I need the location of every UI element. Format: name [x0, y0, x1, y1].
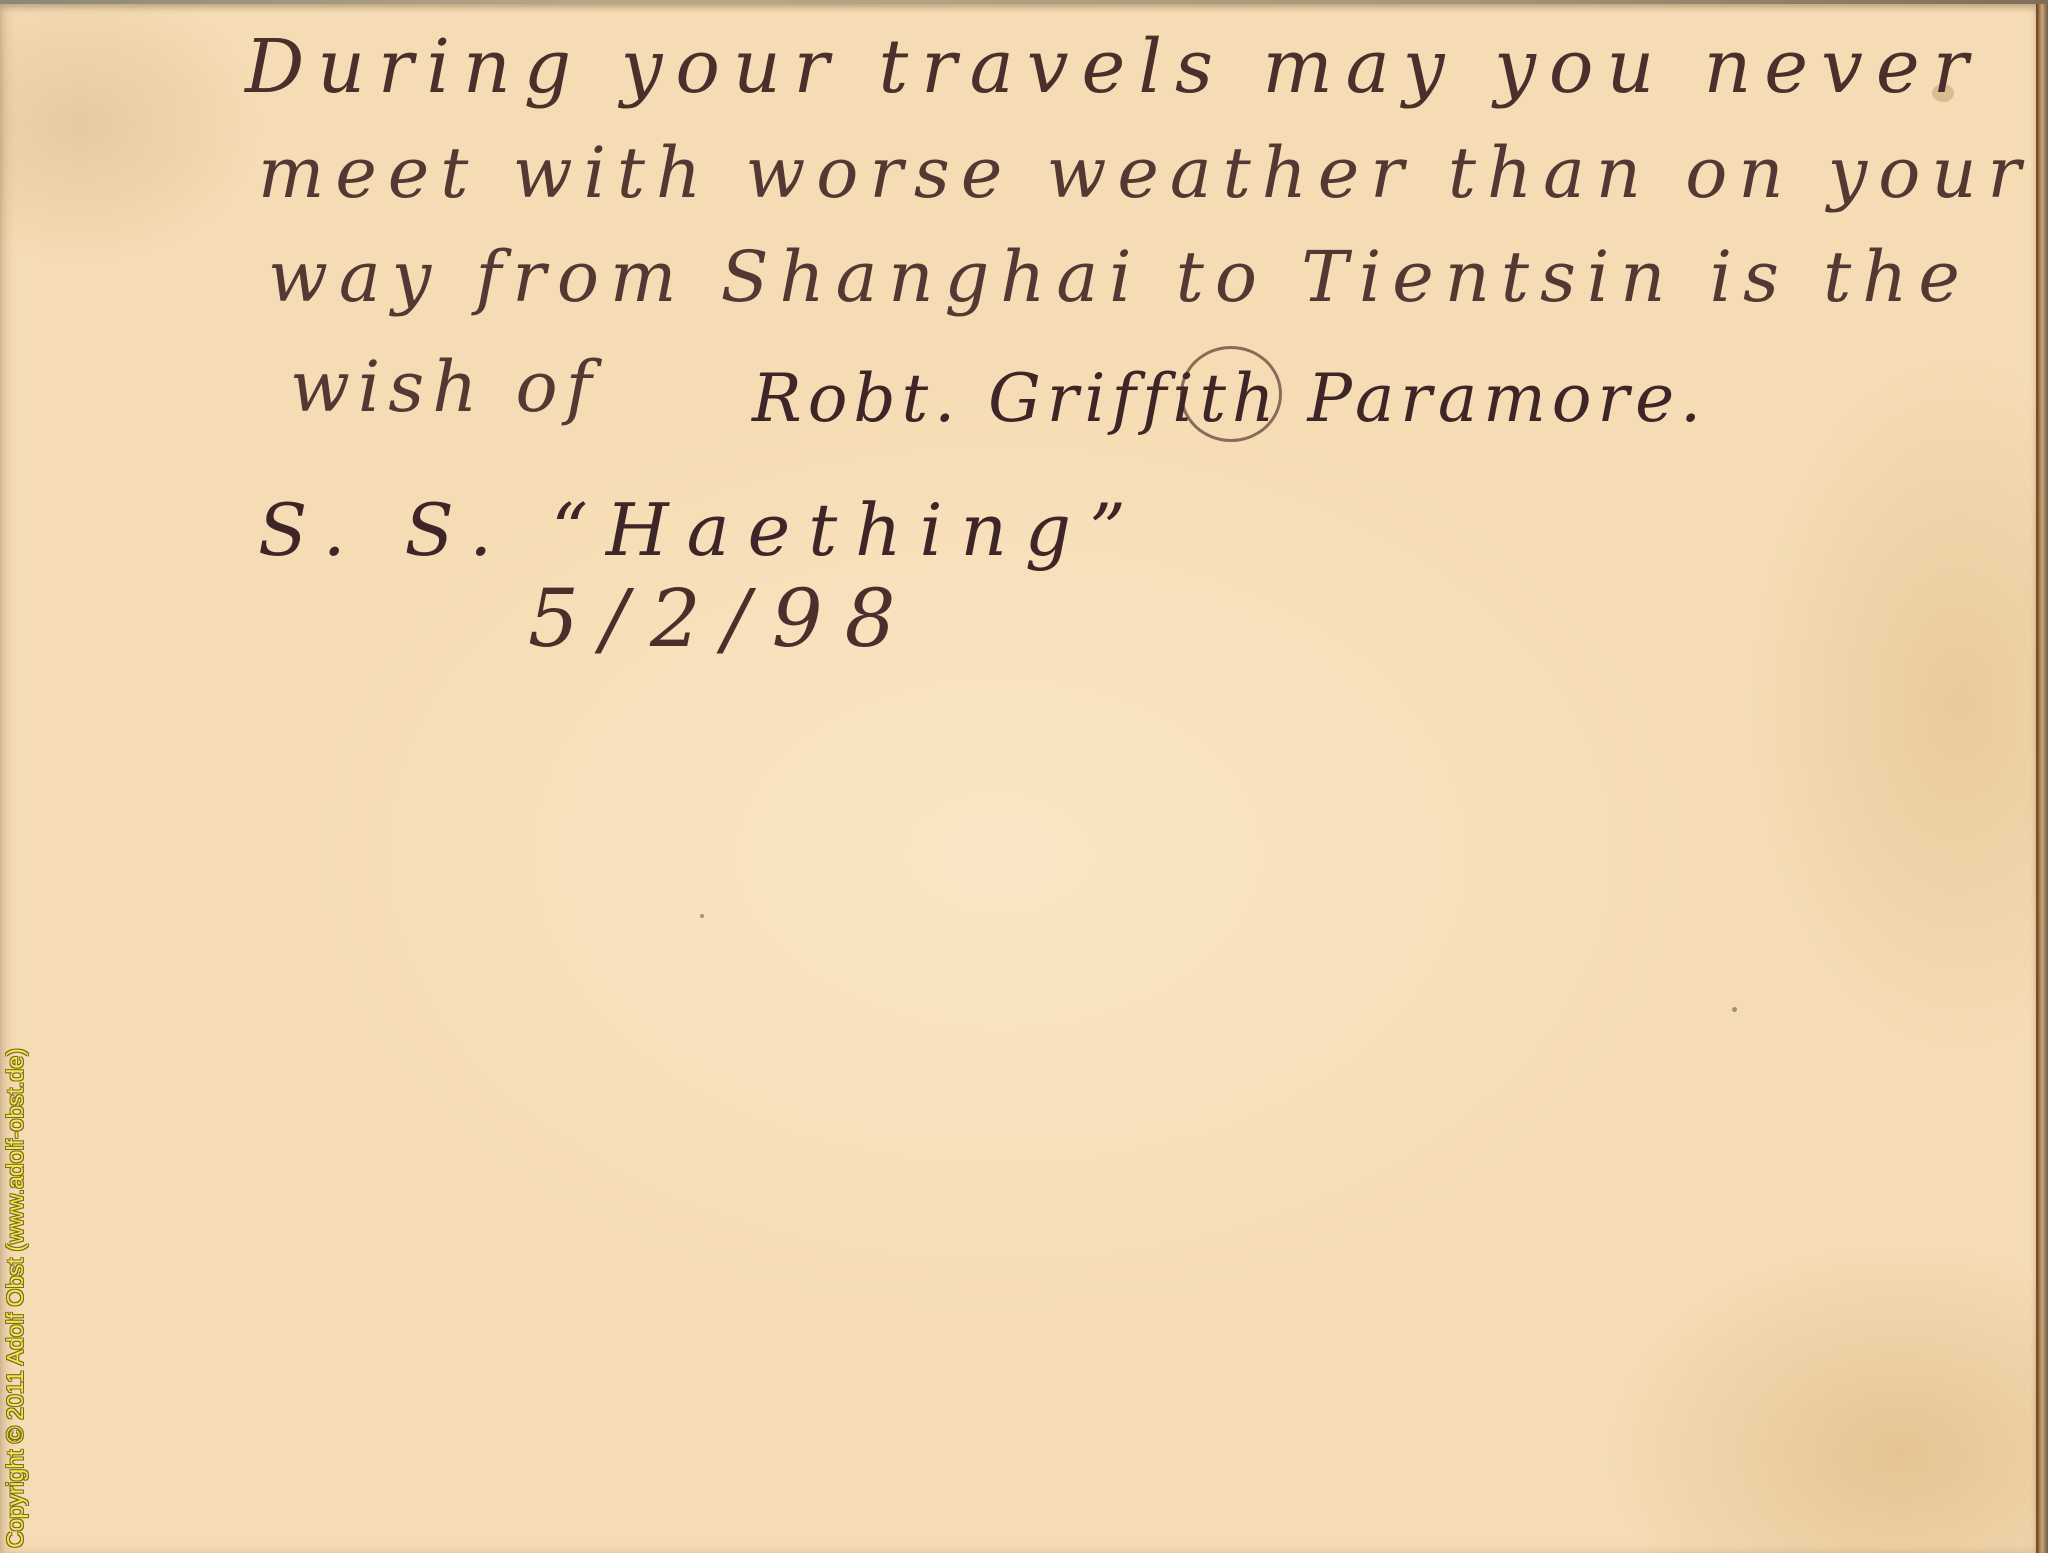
ship-name: S. S. “Haething” [258, 488, 1144, 572]
copyright-watermark: Copyright © 2011 Adolf Obst (www.adolf-o… [2, 1048, 29, 1548]
handwritten-line-2: meet with worse weather than on your [258, 132, 2032, 214]
album-page: During your travels may you never meet w… [0, 4, 2038, 1553]
handwritten-line-3: way from Shanghai to Tientsin is the [268, 236, 1971, 318]
paper-speck [700, 914, 704, 918]
handwritten-line-4: wish of [290, 346, 600, 428]
album-page-edge [2038, 4, 2048, 1553]
handwritten-date: 5/2/98 [528, 572, 918, 665]
paper-speck [1732, 1007, 1737, 1012]
handwritten-line-1: During your travels may you never [245, 24, 1981, 110]
signature: Robt. Griffith Paramore. [752, 360, 1707, 437]
